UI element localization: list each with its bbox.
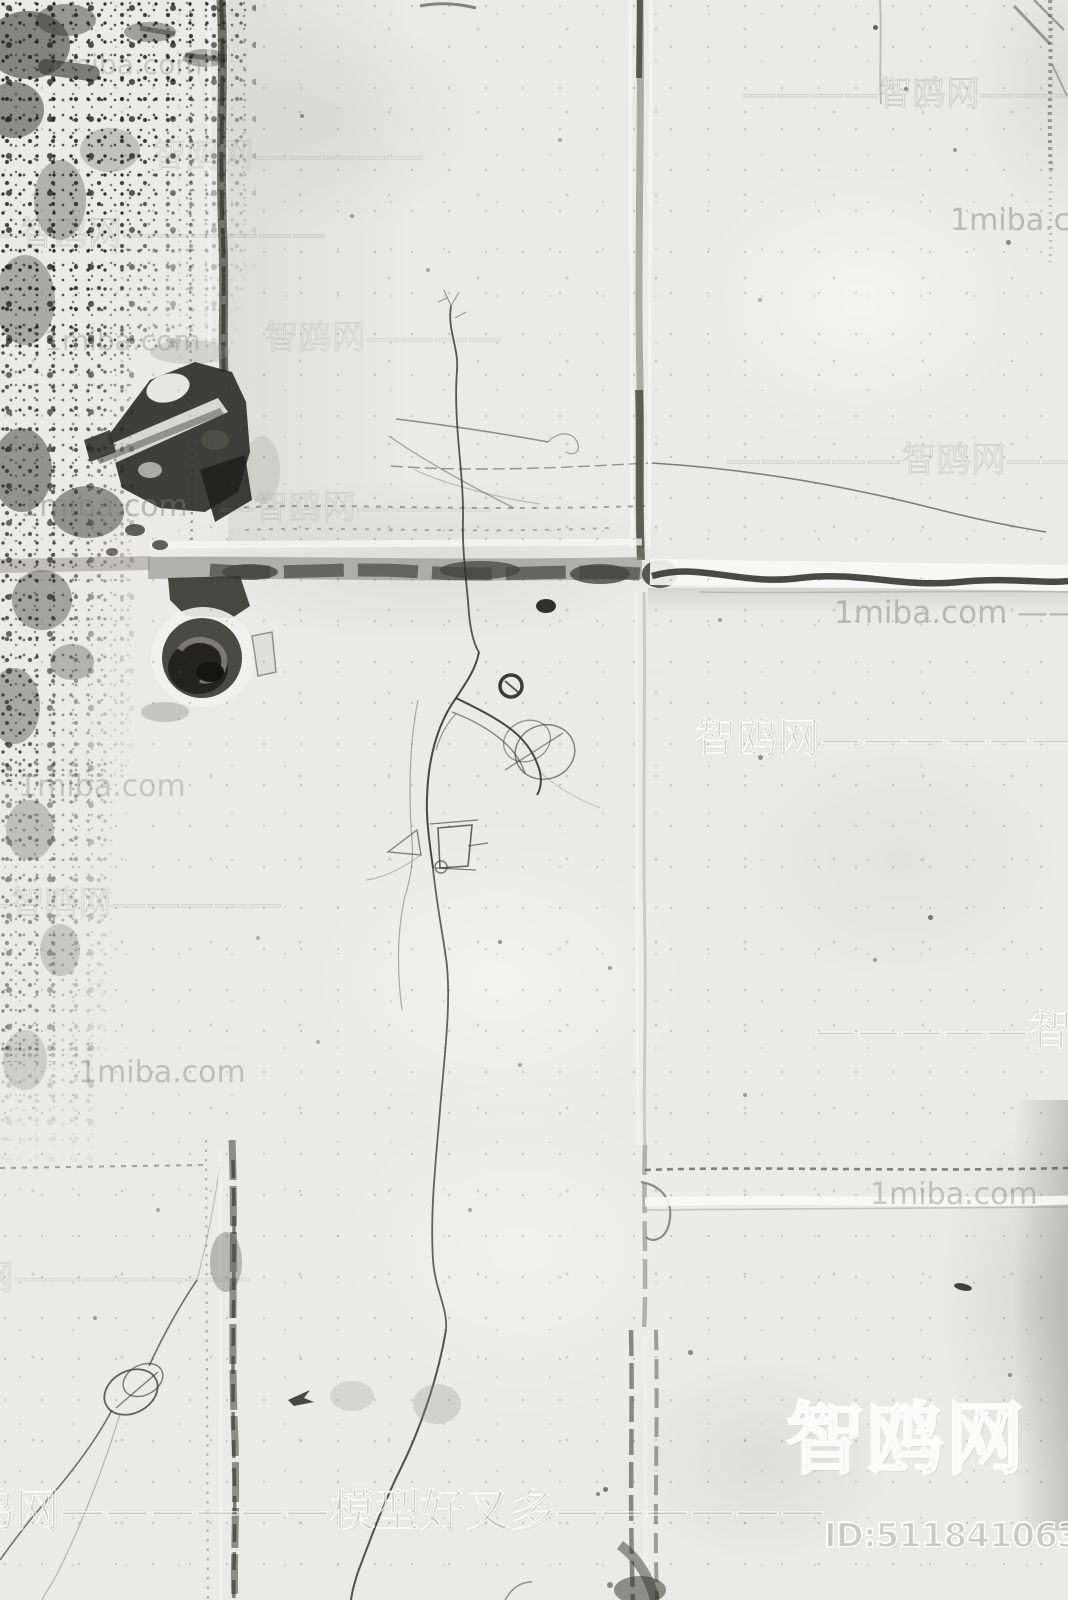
dirt-speck bbox=[718, 618, 722, 622]
watermark-text: 网——————— bbox=[0, 1260, 252, 1297]
dirt-speck bbox=[904, 87, 908, 91]
watermark-text: 1miba.com bbox=[78, 1056, 246, 1089]
misc-dark-marks bbox=[288, 599, 973, 1424]
watermark-text: 1miba.com bbox=[18, 770, 186, 803]
watermark-text: —————智鸥网————— bbox=[726, 442, 1068, 481]
watermark-text: 1miba.com bbox=[20, 490, 188, 523]
dirt-speck bbox=[300, 114, 304, 118]
wire-loop-scribble bbox=[0, 1166, 220, 1600]
watermark-text: 智鸥网———— bbox=[264, 320, 502, 357]
surface-mottling bbox=[0, 0, 1068, 1600]
watermark-text: 1miba.com bbox=[870, 1178, 1038, 1211]
dirt-speck bbox=[758, 298, 762, 302]
speck-layer bbox=[0, 0, 1068, 1600]
tile-texture-photo: ————智鸥网——————1miba.com智鸥网—————1miba.com—… bbox=[0, 0, 1068, 1600]
crack-long-main bbox=[351, 290, 600, 1600]
dirt-speck bbox=[928, 915, 933, 920]
watermark-text: 1miba.com bbox=[46, 50, 203, 81]
watermark-text: —————智鸥网 bbox=[814, 1008, 1068, 1055]
dirt-strip-left-middle bbox=[0, 760, 114, 1062]
tile-joint-right-horizontal bbox=[0, 1165, 1068, 1210]
corner-scratches-top-right bbox=[140, 0, 1067, 262]
film-grain bbox=[0, 0, 1068, 1600]
drain-hole bbox=[141, 576, 276, 722]
grout-vertical-top-left bbox=[221, 0, 224, 372]
dirt-speck bbox=[688, 1350, 693, 1355]
grout-horizontal-main bbox=[0, 506, 1068, 593]
metal-debris-fragment bbox=[84, 340, 280, 556]
dirt-speck bbox=[596, 1492, 600, 1496]
watermark-text: 智鸥网————— bbox=[152, 138, 424, 175]
watermark-text: 1miba.com bbox=[44, 326, 201, 357]
dirt-speck bbox=[873, 25, 878, 30]
dirt-speck bbox=[468, 1208, 472, 1212]
dirt-speck bbox=[758, 755, 763, 760]
watermark-text: ——智鸥网————— bbox=[0, 886, 282, 923]
grout-vertical-top-middle bbox=[630, 0, 651, 560]
watermark-text: 智鸥网——————模型好 bbox=[694, 716, 1068, 762]
dirt-patch-top-left bbox=[0, 0, 256, 348]
grout-vertical-bottom-middle bbox=[614, 592, 670, 1600]
dirt-speck bbox=[1006, 240, 1011, 245]
tile-joint-dotted-left bbox=[178, 0, 210, 545]
dirt-blobs-top-left bbox=[0, 4, 227, 345]
dirt-speck bbox=[830, 1420, 834, 1424]
right-edge-gray-band bbox=[1014, 1100, 1068, 1530]
dirt-speck bbox=[953, 148, 957, 152]
dirt-speck bbox=[608, 966, 612, 970]
tile-shading-left-column bbox=[228, 0, 642, 545]
grout-vertical-bottom-left bbox=[206, 1140, 242, 1600]
dirt-speck bbox=[350, 214, 354, 218]
watermark-text: —智鸥网———— bbox=[220, 490, 492, 527]
dirt-strip-left-upper bbox=[0, 330, 134, 782]
dirt-speck bbox=[256, 936, 260, 940]
watermark-text: ——智鸥网—————— bbox=[0, 216, 326, 253]
dirt-speck bbox=[1008, 1373, 1012, 1377]
watermark-logo: 智鸥网 bbox=[786, 1398, 1026, 1484]
surface-details bbox=[0, 0, 1068, 1600]
watermark-text: 鸥网——————模型好叉多—————— bbox=[0, 1486, 825, 1536]
dirt-speck bbox=[558, 138, 562, 142]
watermark-text: ————智鸥网—————— bbox=[742, 76, 1068, 113]
dirt-speck bbox=[603, 1487, 608, 1492]
dirt-speck bbox=[156, 1208, 160, 1212]
dirt-speck bbox=[743, 1093, 747, 1097]
grout-shadow bbox=[648, 588, 1068, 614]
scratch-arcs bbox=[389, 419, 1046, 532]
dirt-speck bbox=[93, 1316, 97, 1320]
dirt-strip-left-lower bbox=[0, 1040, 96, 1180]
watermark-text: 1miba.com ————— bbox=[834, 596, 1068, 630]
dirt-speck bbox=[316, 1040, 320, 1044]
dirt-speck bbox=[873, 958, 877, 962]
dirt-speck bbox=[518, 1063, 522, 1067]
watermark-text: 1miba.com bbox=[950, 204, 1068, 237]
dirt-blobs-left-strip bbox=[0, 428, 124, 1090]
dirt-speck bbox=[498, 940, 502, 944]
watermark-image-id: ID:511841063 bbox=[824, 1518, 1068, 1555]
watermark-layer: ————智鸥网——————1miba.com智鸥网—————1miba.com—… bbox=[0, 0, 1068, 1600]
dirt-speck bbox=[607, 1582, 613, 1588]
dirt-speck bbox=[426, 268, 430, 272]
